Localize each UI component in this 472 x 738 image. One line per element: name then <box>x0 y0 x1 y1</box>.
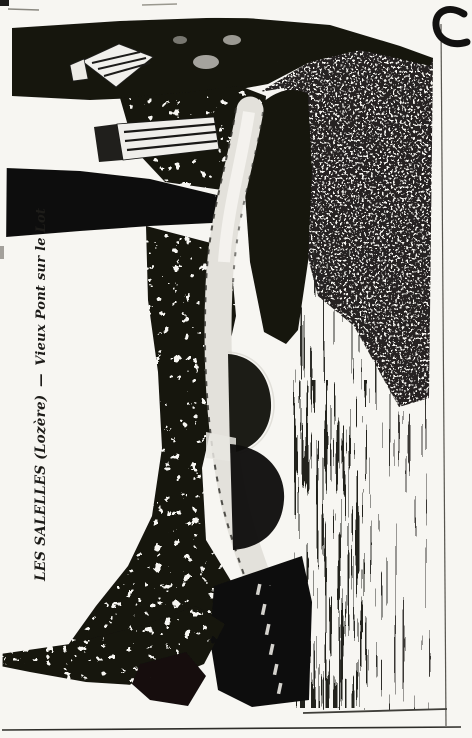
caption-separator: — <box>33 370 49 390</box>
caption-title: Vieux Pont sur le Lot <box>34 208 49 366</box>
postcard-scan: LES SALELLES (Lozère) — Vieux Pont sur l… <box>0 0 472 738</box>
scan-grain-overlay <box>8 16 444 716</box>
scan-artifact-dash-1 <box>8 9 39 10</box>
caption-place: LES SALELLES (Lozère) <box>33 395 49 581</box>
postcard-photo <box>0 0 472 738</box>
postcard-caption: LES SALELLES (Lozère) — Vieux Pont sur l… <box>33 208 50 581</box>
scan-artifact-left-tick <box>0 246 4 259</box>
scan-artifact-corner <box>0 0 9 6</box>
scan-artifact-dash-2 <box>142 4 177 5</box>
scan-edge-bottom <box>2 727 461 730</box>
